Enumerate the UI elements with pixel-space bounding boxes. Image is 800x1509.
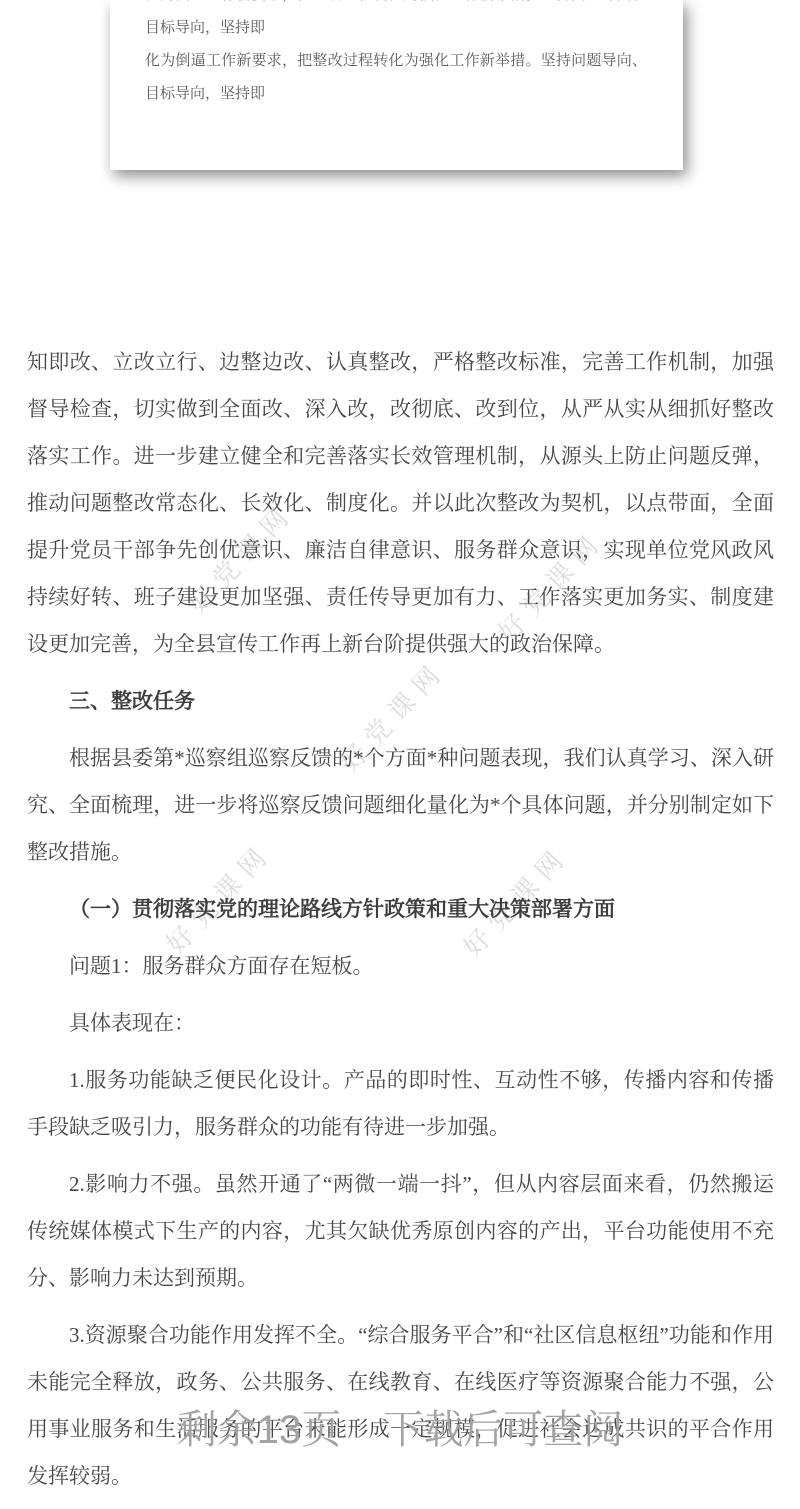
remaining-pages-banner[interactable]: 剩余13页 下载后可查阅 xyxy=(0,1398,800,1455)
previous-page-preview-card: 化为倒逼工作新要求，把整改过程转化为强化工作新举措。坚持问题导向、目标导向，坚持… xyxy=(110,0,683,170)
remaining-pages-label: 剩余13页 xyxy=(177,1398,342,1455)
subsection-heading: （一）贯彻落实党的理论路线方针政策和重大决策部署方面 xyxy=(27,886,774,933)
document-preview-page: 化为倒逼工作新要求，把整改过程转化为强化工作新举措。坚持问题导向、目标导向，坚持… xyxy=(0,0,800,1509)
download-hint-label: 下载后可查阅 xyxy=(383,1398,623,1455)
previous-page-text: 化为倒逼工作新要求，把整改过程转化为强化工作新举措。坚持问题导向、目标导向，坚持… xyxy=(145,0,647,111)
clipped-text-line: 化为倒逼工作新要求，把整改过程转化为强化工作新举措。坚持问题导向、目标导向，坚持… xyxy=(145,0,647,45)
body-paragraph: 根据县委第*巡察组巡察反馈的*个方面*种问题表现，我们认真学习、深入研究、全面梳… xyxy=(27,735,774,876)
visible-text-line: 化为倒逼工作新要求，把整改过程转化为强化工作新举措。坚持问题导向、目标导向，坚持… xyxy=(145,45,647,111)
numbered-item-2: 2.影响力不强。虽然开通了“两微一端一抖”，但从内容层面来看，仍然搬运传统媒体模… xyxy=(27,1161,774,1302)
problem-statement: 问题1：服务群众方面存在短板。 xyxy=(27,943,774,990)
body-paragraph: 具体表现在： xyxy=(27,1000,774,1047)
body-paragraph-continued: 知即改、立改立行、边整边改、认真整改，严格整改标准，完善工作机制，加强督导检查，… xyxy=(27,339,774,668)
numbered-item-1: 1.服务功能缺乏便民化设计。产品的即时性、互动性不够，传播内容和传播手段缺乏吸引… xyxy=(27,1057,774,1151)
section-heading: 三、整改任务 xyxy=(27,678,774,725)
document-body: 知即改、立改立行、边整边改、认真整改，严格整改标准，完善工作机制，加强督导检查，… xyxy=(27,339,774,1509)
